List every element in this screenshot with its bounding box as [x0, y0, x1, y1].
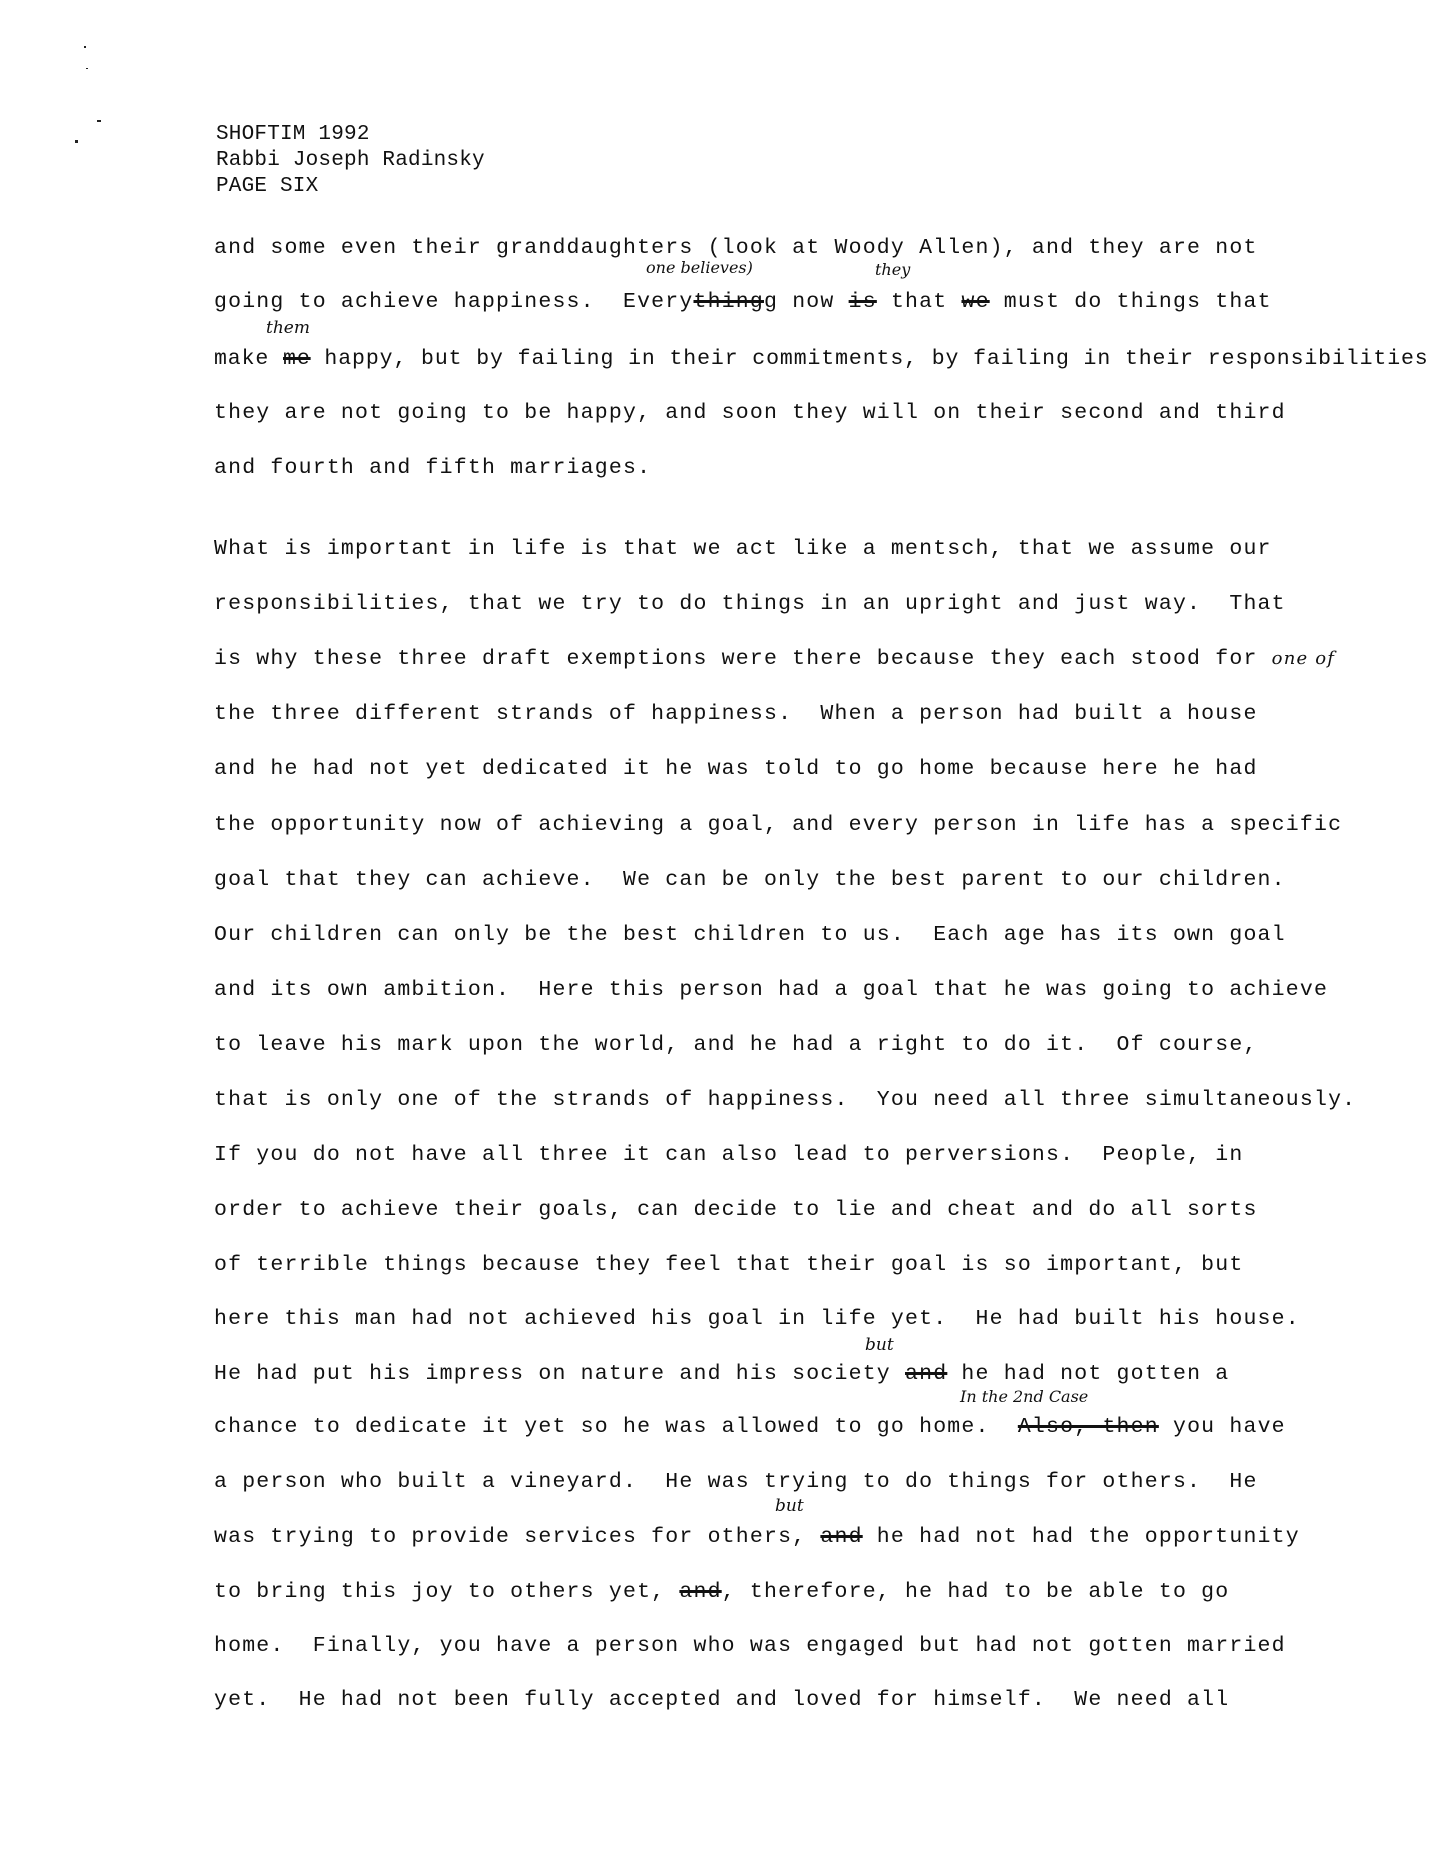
struck-text: we — [961, 290, 989, 314]
handwritten-insertion: but — [865, 1335, 894, 1355]
text-line: they are not going to be happy, and soon… — [214, 401, 1286, 425]
struck-text: me — [283, 347, 311, 371]
scan-speck — [97, 120, 101, 122]
document-header: SHOFTIM 1992 Rabbi Joseph Radinsky PAGE … — [216, 122, 485, 200]
text-line: here this man had not achieved his goal … — [214, 1307, 1300, 1331]
text-line: home. Finally, you have a person who was… — [214, 1634, 1286, 1658]
scan-speck — [84, 46, 86, 48]
text-line: was trying to provide services for other… — [214, 1525, 1300, 1549]
text-line: responsibilities, that we try to do thin… — [214, 592, 1286, 616]
author-name: Rabbi Joseph Radinsky — [216, 148, 485, 174]
handwritten-insertion: them — [266, 318, 310, 338]
struck-text: Also, then — [1018, 1415, 1159, 1439]
text-line: that is only one of the strands of happi… — [214, 1088, 1356, 1112]
text-line: the three different strands of happiness… — [214, 702, 1258, 726]
text-line: yet. He had not been fully accepted and … — [214, 1688, 1229, 1712]
text-line: What is important in life is that we act… — [214, 537, 1272, 561]
text-line: chance to dedicate it yet so he was allo… — [214, 1415, 1286, 1439]
text-line: the opportunity now of achieving a goal,… — [214, 813, 1342, 837]
handwritten-insertion: they — [875, 260, 910, 279]
sermon-title: SHOFTIM 1992 — [216, 122, 485, 148]
struck-text: and — [905, 1362, 947, 1386]
text-line: Our children can only be the best childr… — [214, 923, 1286, 947]
handwritten-insertion: one of — [1272, 648, 1336, 669]
handwritten-insertion: one believes) — [646, 258, 753, 277]
handwritten-insertion: but — [775, 1496, 804, 1516]
page-label: PAGE SIX — [216, 174, 485, 200]
text-line: is why these three draft exemptions were… — [214, 647, 1335, 671]
struck-text: thing — [693, 290, 764, 314]
text-line: going to achieve happiness. Everythingg … — [214, 290, 1272, 314]
text-line: make me happy, but by failing in their c… — [214, 347, 1429, 371]
text-line: and fourth and fifth marriages. — [214, 456, 651, 480]
scan-speck — [75, 140, 78, 143]
document-page: SHOFTIM 1992 Rabbi Joseph Radinsky PAGE … — [0, 0, 1430, 1851]
text-line: and some even their granddaughters (look… — [214, 236, 1258, 260]
struck-text: is — [849, 290, 877, 314]
struck-text: and — [820, 1525, 862, 1549]
text-line: of terrible things because they feel tha… — [214, 1253, 1243, 1277]
text-line: a person who built a vineyard. He was tr… — [214, 1470, 1258, 1494]
text-line: goal that they can achieve. We can be on… — [214, 868, 1286, 892]
text-line: and its own ambition. Here this person h… — [214, 978, 1328, 1002]
text-line: to leave his mark upon the world, and he… — [214, 1033, 1258, 1057]
handwritten-insertion: In the 2nd Case — [960, 1387, 1088, 1406]
text-line: order to achieve their goals, can decide… — [214, 1198, 1258, 1222]
text-line: to bring this joy to others yet, and, th… — [214, 1580, 1229, 1604]
struck-text: and — [679, 1580, 721, 1604]
text-line: and he had not yet dedicated it he was t… — [214, 757, 1258, 781]
scan-speck — [86, 68, 88, 69]
text-line: He had put his impress on nature and his… — [214, 1362, 1229, 1386]
text-line: If you do not have all three it can also… — [214, 1143, 1243, 1167]
